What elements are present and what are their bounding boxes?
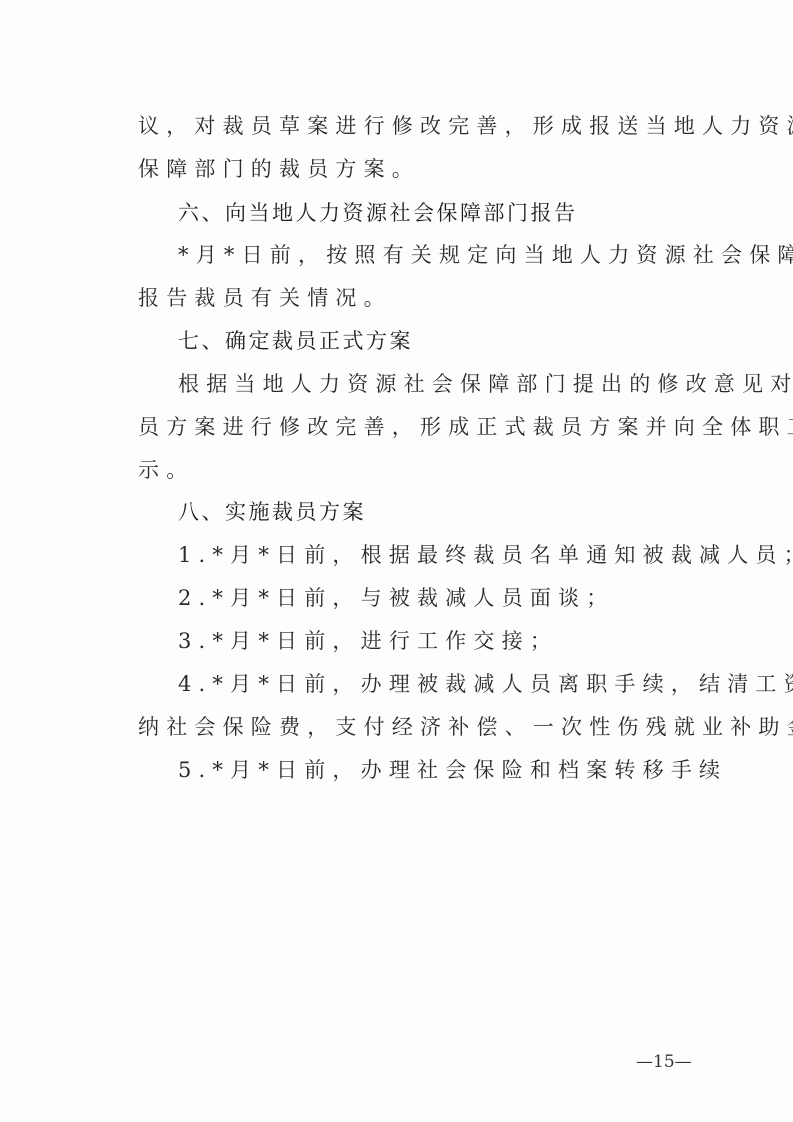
list-item: 2.*月*日前，与被裁减人员面谈；	[178, 584, 614, 612]
list-item: 3.*月*日前，进行工作交接；	[178, 627, 558, 655]
list-item: 1.*月*日前，根据最终裁员名单通知被裁减人员；	[178, 541, 793, 569]
list-item-continuation: 纳社会保险费，支付经济补偿、一次性伤残就业补助金等	[138, 713, 793, 741]
section-heading-8: 八、实施裁员方案	[178, 498, 366, 526]
body-line: 议，对裁员草案进行修改完善，形成报送当地人力资源社会	[138, 112, 793, 140]
body-line: 员方案进行修改完善，形成正式裁员方案并向全体职工公	[138, 413, 793, 441]
body-line: *月*日前，按照有关规定向当地人力资源社会保障部门	[178, 241, 793, 269]
section-heading-6: 六、向当地人力资源社会保障部门报告	[178, 199, 578, 227]
list-item: 5.*月*日前，办理社会保险和档案转移手续	[178, 756, 727, 784]
body-line: 报告裁员有关情况。	[138, 284, 392, 312]
section-heading-7: 七、确定裁员正式方案	[178, 327, 413, 355]
list-item: 4.*月*日前，办理被裁减人员离职手续，结清工资、缴	[178, 670, 793, 698]
body-line: 示。	[138, 456, 194, 484]
body-line: 保障部门的裁员方案。	[138, 155, 420, 183]
document-page: 议，对裁员草案进行修改完善，形成报送当地人力资源社会 保障部门的裁员方案。 六、…	[0, 0, 793, 1122]
body-line: 根据当地人力资源社会保障部门提出的修改意见对裁	[178, 370, 793, 398]
page-number: —15—	[636, 1052, 692, 1072]
